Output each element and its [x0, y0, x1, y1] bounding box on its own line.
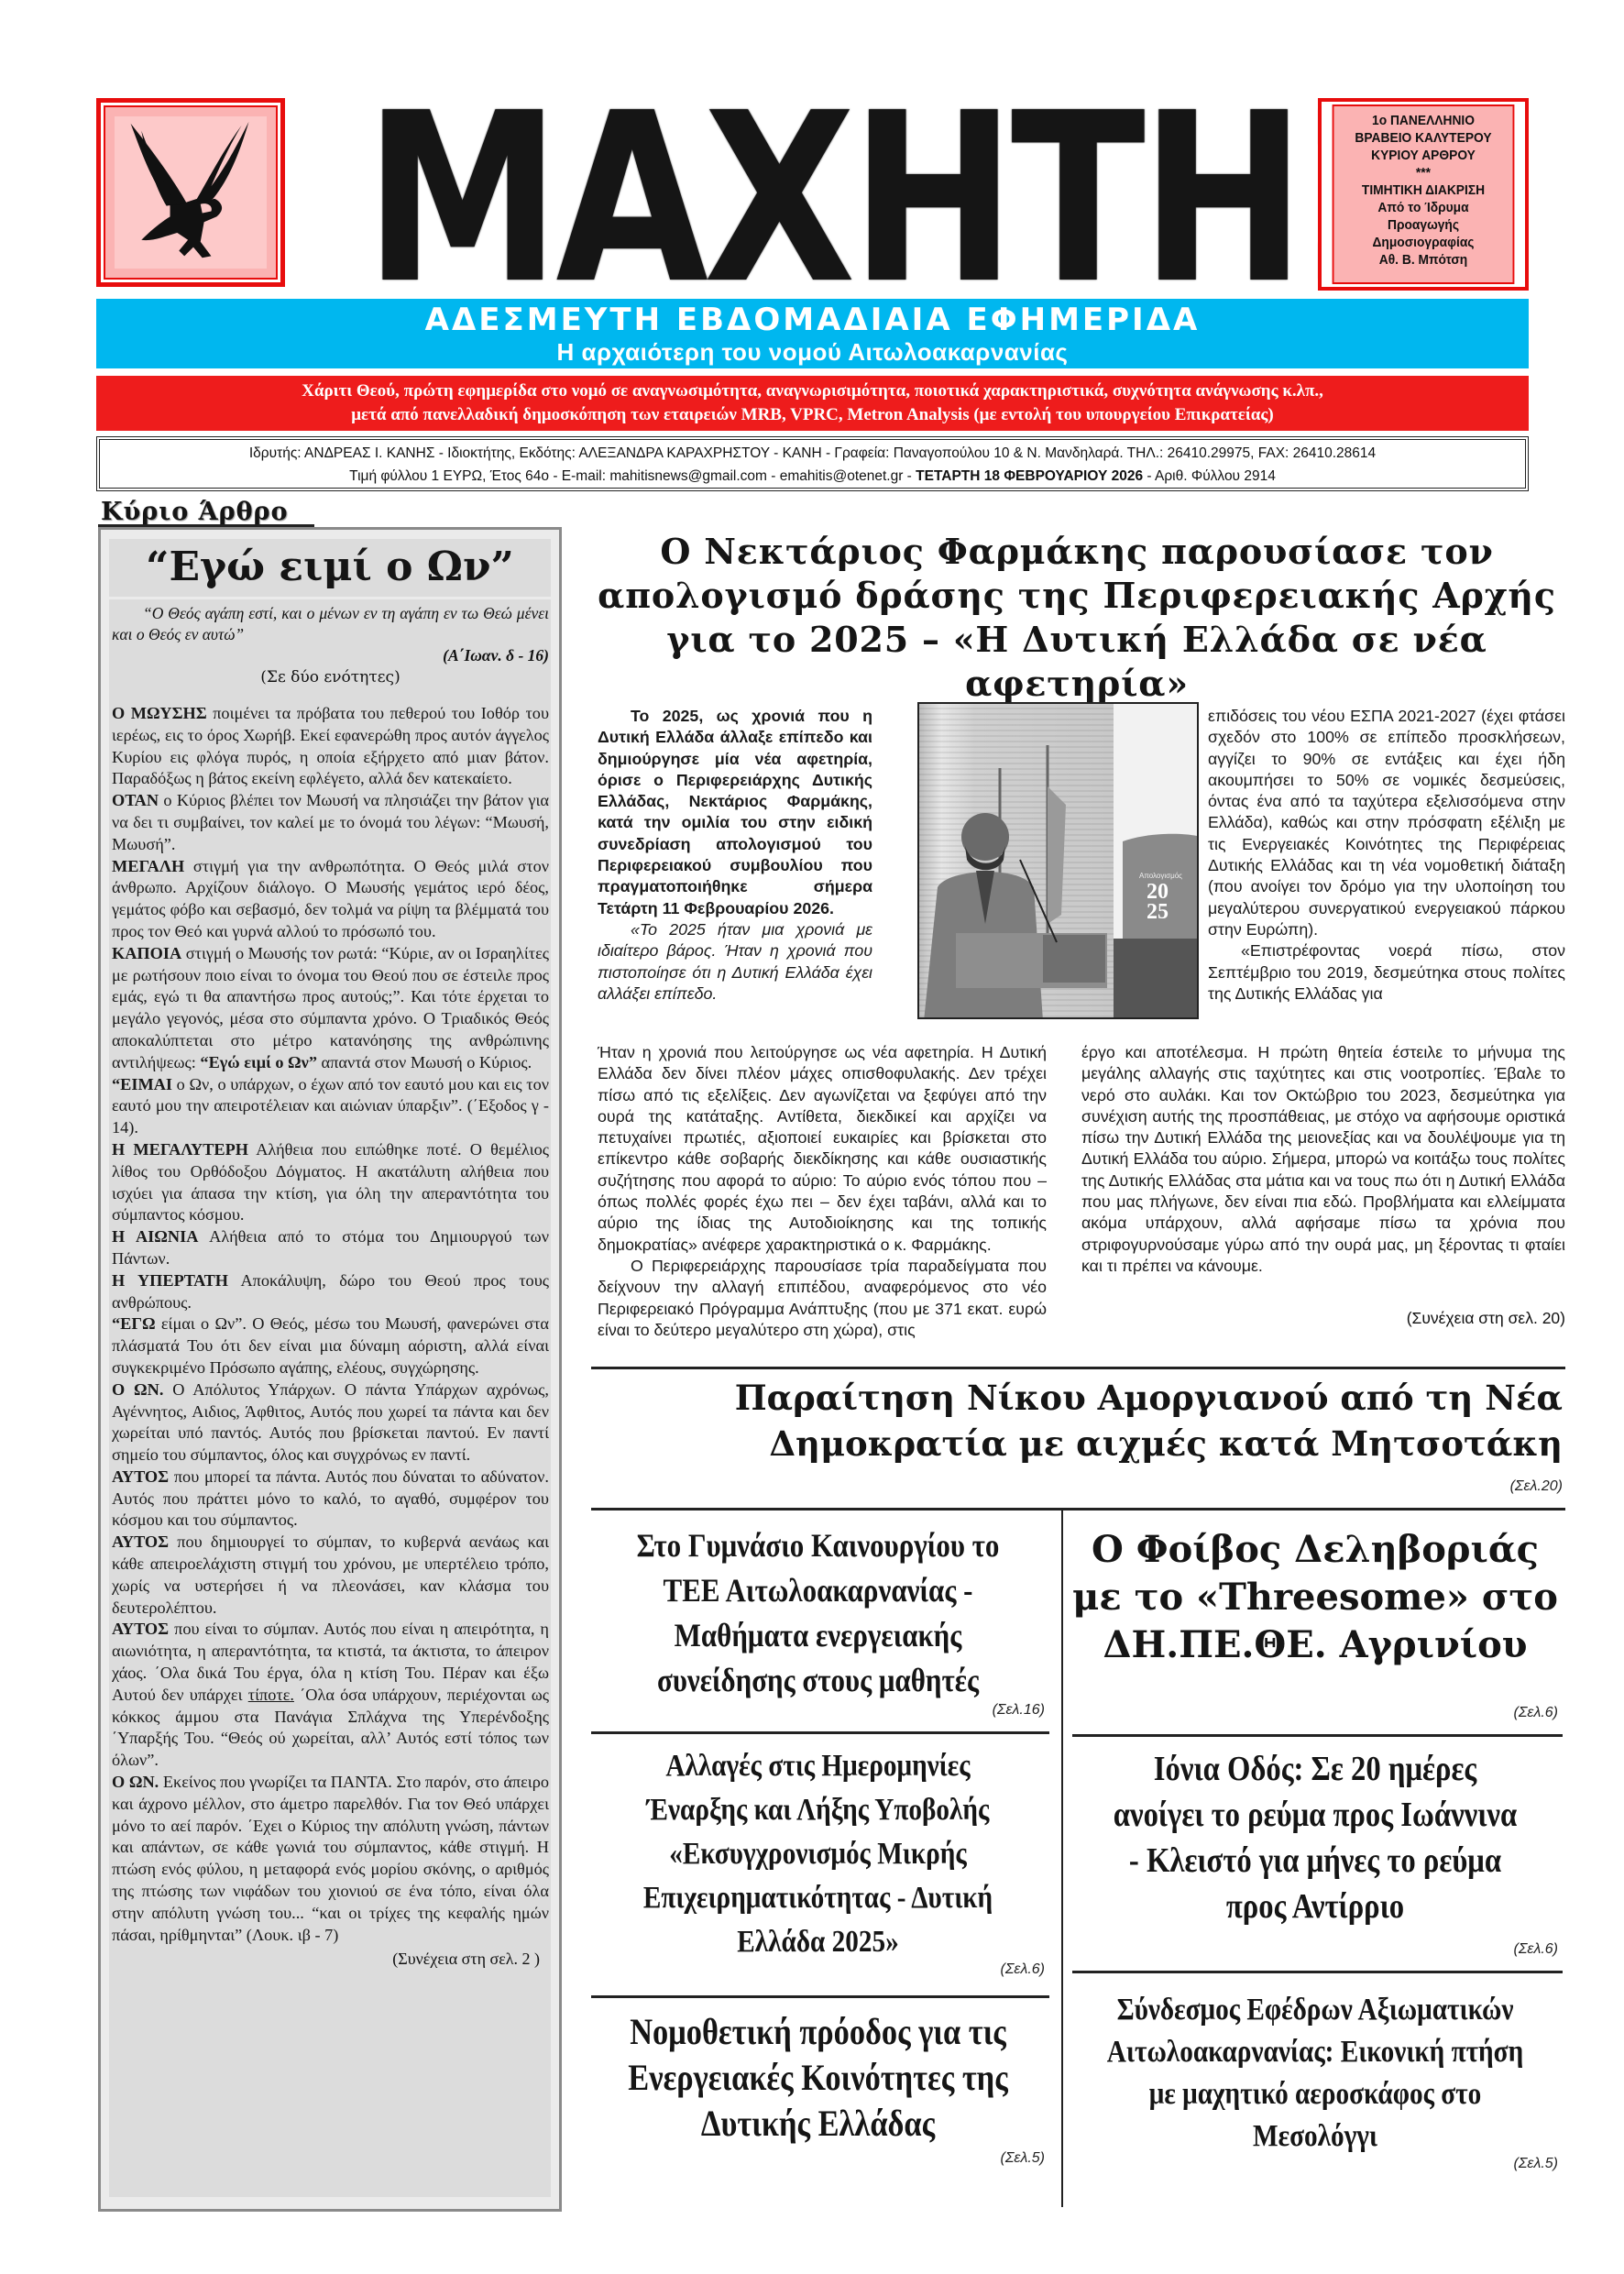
award-line: Δημοσιογραφίας [1333, 234, 1512, 251]
editorial-box: “Εγώ ειμί ο Ων” “Ο Θεός αγάπη εστί, και … [98, 527, 562, 2212]
article-col-1: Το 2025, ως χρονιά που η Δυτική Ελλάδα ά… [598, 706, 872, 1005]
editorial-paragraph: Ο ΜΩΥΣΗΣ ποιμένει τα πρόβατα του πεθερού… [112, 703, 549, 790]
continuation-note[interactable]: (Συνέχεια στη σελ. 2 ) [112, 1948, 549, 1970]
article-col-2-wide: έργο και αποτέλεσμα. Η πρώτη θητεία έστε… [1081, 1042, 1565, 1277]
divider [1072, 1734, 1563, 1737]
editorial-paragraph: “ΕΓΩ είμαι ο Ων”. Ο Θεός, μέσω του Μωυσή… [112, 1313, 549, 1379]
svg-text:25: 25 [1147, 900, 1169, 924]
award-line: *** [1333, 164, 1512, 181]
article-col-2: επιδόσεις του νέου ΕΣΠΑ 2021-2027 (έχει … [1208, 706, 1565, 1005]
readership-band: Χάριτι Θεού, πρώτη εφημερίδα στο νομό σε… [96, 376, 1529, 431]
award-text: 1ο ΠΑΝΕΛΛΗΝΙΟΒΡΑΒΕΙΟ ΚΑΛΥΤΕΡΟΥΚΥΡΙΟΥ ΑΡΘ… [1333, 104, 1515, 284]
editorial-paragraph: ΑΥΤΟΣ που δημιουργεί το σύμπαν, το κυβερ… [112, 1532, 549, 1619]
editorial-paragraph: Η ΑΙΩΝΙΑ Αλήθεια από το στόμα του Δημιου… [112, 1226, 549, 1270]
award-line: Προαγωγής [1333, 216, 1512, 234]
story-headline-gymnasium[interactable]: Στο Γυμνάσιο Καινουργίου το ΤΕΕ Αιτωλοακ… [619, 1523, 1016, 1703]
story-headline-energy[interactable]: Νομοθετική πρόοδος για τις Ενεργειακές Κ… [619, 2009, 1016, 2147]
publication-info: Ιδρυτής: ΑΝΔΡΕΑΣ Ι. ΚΑΝΗΣ - Ιδιοκτήτης, … [96, 436, 1529, 491]
article-quote-2-cont: έργο και αποτέλεσμα. Η πρώτη θητεία έστε… [1081, 1042, 1565, 1277]
editorial-paragraph: ΚΑΠΟΙΑ στιγμή ο Μωυσής τον ρωτά: “Κύριε,… [112, 943, 549, 1074]
story-headline-theatre[interactable]: Ο Φοίβος Δεληβοριάς με το «Threesome» στ… [1072, 1526, 1558, 1669]
scripture-ref: (Α΄Ιωαν. δ - 16) [112, 645, 549, 666]
editorial-body: “Ο Θεός αγάπη εστί, και ο μένων εν τη αγ… [109, 599, 551, 2197]
article-photo: Απολογισμός 20 25 [917, 702, 1199, 1019]
scripture-quote: “Ο Θεός αγάπη εστί, και ο μένων εν τη αγ… [112, 603, 549, 645]
tagline: ΑΔΕΣΜΕΥΤΗ ΕΒΔΟΜΑΔΙΑΙΑ ΕΦΗΜΕΡΙΔΑ [96, 299, 1529, 339]
article-quote-2: «Επιστρέφοντας νοερά πίσω, στον Σεπτέμβρ… [1208, 940, 1565, 1005]
editorial-paragraphs: Ο ΜΩΥΣΗΣ ποιμένει τα πρόβατα του πεθερού… [112, 703, 549, 1946]
speaker-photo-icon: Απολογισμός 20 25 [919, 704, 1199, 1019]
publisher-line: Ιδρυτής: ΑΝΔΡΕΑΣ Ι. ΚΑΝΗΣ - Ιδιοκτήτης, … [100, 442, 1525, 465]
story-headline-reserve[interactable]: Σύνδεσμος Εφέδρων Αξιωματικών Αιτωλοακαρ… [1106, 1989, 1524, 2158]
article-examples: Ο Περιφερειάρχης παρουσίασε τρία παραδεί… [598, 1256, 1047, 1341]
page-ref: (Σελ.16) [953, 1702, 1045, 1719]
subtagline: Η αρχαιότερη του νομού Αιτωλοακαρνανίας [96, 339, 1529, 365]
article-continuation[interactable]: (Συνέχεια στη σελ. 20) [1301, 1309, 1565, 1328]
eagle-icon [115, 115, 267, 270]
divider [591, 1367, 1565, 1369]
article-espa: επιδόσεις του νέου ΕΣΠΑ 2021-2027 (έχει … [1208, 706, 1565, 940]
editorial-paragraph: ΑΥΤΟΣ που μπορεί τα πάντα. Αυτός που δύν… [112, 1467, 549, 1532]
editorial-paragraph: ΜΕΓΑΛΗ στιγμή για την ανθρωπότητα. Ο Θεό… [112, 856, 549, 943]
award-box: 1ο ΠΑΝΕΛΛΗΝΙΟΒΡΑΒΕΙΟ ΚΑΛΥΤΕΡΟΥΚΥΡΙΟΥ ΑΡΘ… [1318, 98, 1529, 291]
tagline-band: ΑΔΕΣΜΕΥΤΗ ΕΒΔΟΜΑΔΙΑΙΑ ΕΦΗΜΕΡΙΔΑ Η αρχαιό… [96, 299, 1529, 368]
page-ref: (Σελ.6) [1466, 1941, 1558, 1958]
editorial-paragraph: Η ΜΕΓΑΛΥΤΕΡΗ Αλήθεια που ειπώθηκε ποτέ. … [112, 1139, 549, 1226]
editorial-title: “Εγώ ειμί ο Ων” [109, 539, 551, 597]
page-ref: (Σελ.5) [953, 2150, 1045, 2167]
svg-text:Απολογισμός: Απολογισμός [1139, 872, 1182, 880]
article-quote-cont: Ήταν η χρονιά που λειτούργησε ως νέα αφε… [598, 1043, 1047, 1254]
editorial-paragraph: Ο ΩΝ. Εκείνος που γνωρίζει τα ΠΑΝΤΑ. Στο… [112, 1772, 549, 1946]
editorial-paragraph: ΑΥΤΟΣ που είναι το σύμπαν. Αυτός που είν… [112, 1619, 549, 1772]
divider [591, 1995, 1049, 1998]
story-headline-ionia[interactable]: Ιόνια Οδός: Σε 20 ημέρες ανοίγει το ρεύμ… [1106, 1746, 1524, 1929]
divider [591, 1508, 1565, 1511]
readership-line-2: μετά από πανελλαδική δημοσκόπηση των ετα… [96, 403, 1529, 427]
readership-line-1: Χάριτι Θεού, πρώτη εφημερίδα στο νομό σε… [96, 379, 1529, 403]
parts-note: (Σε δύο ενότητες) [112, 666, 549, 688]
award-line: 1ο ΠΑΝΕΛΛΗΝΙΟ [1333, 112, 1512, 129]
page-ref: (Σελ.20) [1466, 1478, 1563, 1495]
article-col-1-wide: Ήταν η χρονιά που λειτούργησε ως νέα αφε… [598, 1042, 1047, 1341]
award-line: ΒΡΑΒΕΙΟ ΚΑΛΥΤΕΡΟΥ [1333, 129, 1512, 147]
story-headline-resignation[interactable]: Παραίτηση Νίκου Αμοργιανού από τη Νέα Δη… [596, 1375, 1563, 1467]
page-ref: (Σελ.6) [953, 1961, 1045, 1978]
editorial-paragraph: “ΕΙΜΑΙ ο Ων, ο υπάρχων, ο έχων από τον ε… [112, 1074, 549, 1139]
award-line: Αθ. Β. Μπότση [1333, 251, 1512, 269]
page-ref: (Σελ.6) [1466, 1705, 1558, 1721]
editorial-paragraph: Ο ΩΝ. Ο Απόλυτος Υπάρχων. Ο πάντα Υπάρχω… [112, 1379, 549, 1467]
divider [1072, 1971, 1563, 1973]
divider [591, 1731, 1049, 1734]
award-line: Από το Ίδρυμα [1333, 199, 1512, 216]
award-line: ΤΙΜΗΤΙΚΗ ΔΙΑΚΡΙΣΗ [1333, 181, 1512, 199]
editorial-paragraph: ΟΤΑΝ ο Κύριος βλέπει τον Μωυσή να πλησιά… [112, 790, 549, 855]
award-line: ΚΥΡΙΟΥ ΑΡΘΡΟΥ [1333, 147, 1512, 164]
main-headline[interactable]: Ο Νεκτάριος Φαρμάκης παρουσίασε τον απολ… [587, 530, 1567, 706]
article-lead: Το 2025, ως χρονιά που η Δυτική Ελλάδα ά… [598, 706, 872, 919]
newspaper-title: ΜΑΧΗΤΗΣ [365, 92, 1240, 307]
section-label: Κύριο Άρθρο [101, 498, 289, 526]
issue-line: Τιμή φύλλου 1 ΕΥΡΩ, Έτος 64ο - E-mail: m… [100, 465, 1525, 488]
column-divider [1061, 1511, 1063, 2207]
editorial-paragraph: Η ΥΠΕΡΤΑΤΗ Αποκάλυψη, δώρο του Θεού προς… [112, 1270, 549, 1314]
page-ref: (Σελ.5) [1466, 2156, 1558, 2172]
article-quote: «Το 2025 ήταν μια χρονιά με ιδιαίτερο βά… [598, 919, 872, 1005]
story-headline-dates[interactable]: Αλλαγές στις Ημερομηνίες Έναρξης και Λήξ… [619, 1744, 1016, 1964]
issue-date: ΤΕΤΑΡΤΗ 18 ΦΕΒΡΟΥΑΡΙΟΥ 2026 [916, 468, 1143, 484]
logo [96, 98, 285, 287]
